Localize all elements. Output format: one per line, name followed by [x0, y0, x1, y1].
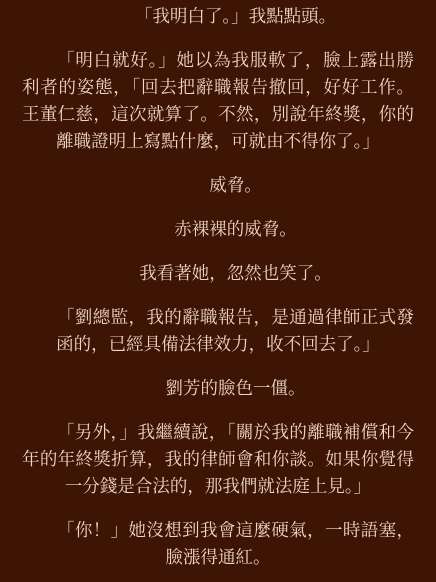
paragraph: 我看著她，忽然也笑了。	[22, 260, 414, 287]
paragraph: 「明白就好。」她以為我服軟了，臉上露出勝利者的姿態，「回去把辭職報告撤回，好好工…	[22, 47, 414, 155]
paragraph: 赤裸裸的威脅。	[22, 216, 414, 243]
paragraph: 「我明白了。」我點點頭。	[22, 3, 414, 30]
paragraph: 「劉總監，我的辭職報告，是通過律師正式發函的，已經具備法律效力，收不回去了。」	[22, 304, 414, 358]
paragraph: 威脅。	[22, 172, 414, 199]
novel-reader-page[interactable]: 「我明白了。」我點點頭。 「明白就好。」她以為我服軟了，臉上露出勝利者的姿態，「…	[0, 0, 436, 582]
paragraph: 「你！」她沒想到我會這麼硬氣，一時語塞，臉漲得通紅。	[22, 517, 414, 571]
paragraph: 劉芳的臉色一僵。	[22, 375, 414, 402]
paragraph: 「另外，」我繼續說，「關於我的離職補償和今年的年終獎折算，我的律師會和你談。如果…	[22, 419, 414, 500]
